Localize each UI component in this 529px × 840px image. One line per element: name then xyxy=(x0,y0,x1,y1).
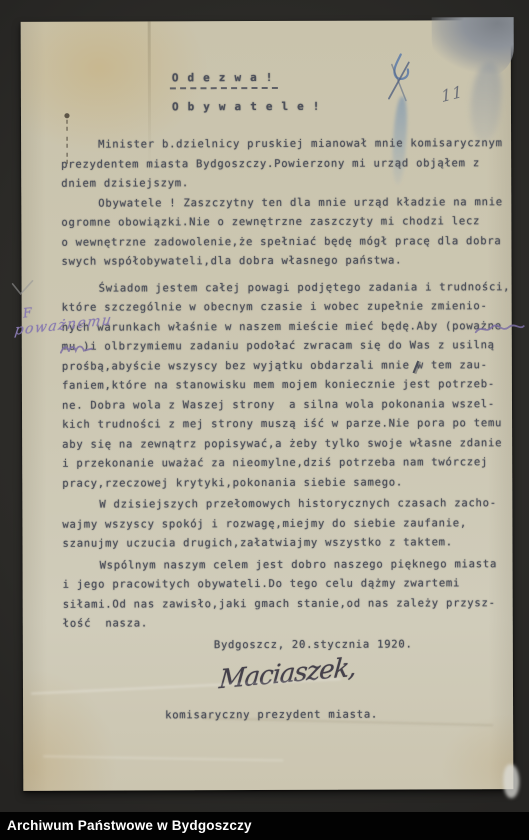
salutation: O b y w a t e l e ! xyxy=(172,100,321,114)
document-body: Minister b.dzielnicy pruskiej mianował m… xyxy=(61,134,515,634)
document-paper: 11 O d e z w a ! O b y w a t e l e ! Min… xyxy=(21,20,514,791)
paragraph-appointment: Minister b.dzielnicy pruskiej mianował m… xyxy=(61,134,513,194)
paper-crease xyxy=(43,755,283,761)
pencil-margin-mark xyxy=(10,278,36,300)
page-number-annotation: 11 xyxy=(440,82,464,107)
paper-damage-spot xyxy=(503,764,519,798)
document-title: O d e z w a ! xyxy=(172,71,274,84)
handwritten-correction-eol xyxy=(474,320,526,338)
photo-background: 11 O d e z w a ! O b y w a t e l e ! Min… xyxy=(0,0,529,840)
archive-name-label: Archiwum Państwowe w Bydgoszczy xyxy=(0,812,252,840)
paragraph-goal: Wspólnym naszym celem jest dobro naszego… xyxy=(63,555,515,635)
title-underline xyxy=(170,87,278,89)
adhesive-stain xyxy=(432,17,514,79)
paragraph-duties: Obywatele ! Zaszczytny ten dla mnie urzą… xyxy=(61,193,513,273)
archive-watermark-bar: Archiwum Państwowe w Bydgoszczy xyxy=(0,812,529,840)
dateline: Bydgoszcz, 20.stycznia 1920. xyxy=(214,638,413,651)
paragraph-calm: W dzisiejszych przełomowych historycznyc… xyxy=(62,494,514,554)
handwritten-correction-mu xyxy=(59,342,95,357)
signature-handwritten: Maciaszek, xyxy=(218,653,357,696)
